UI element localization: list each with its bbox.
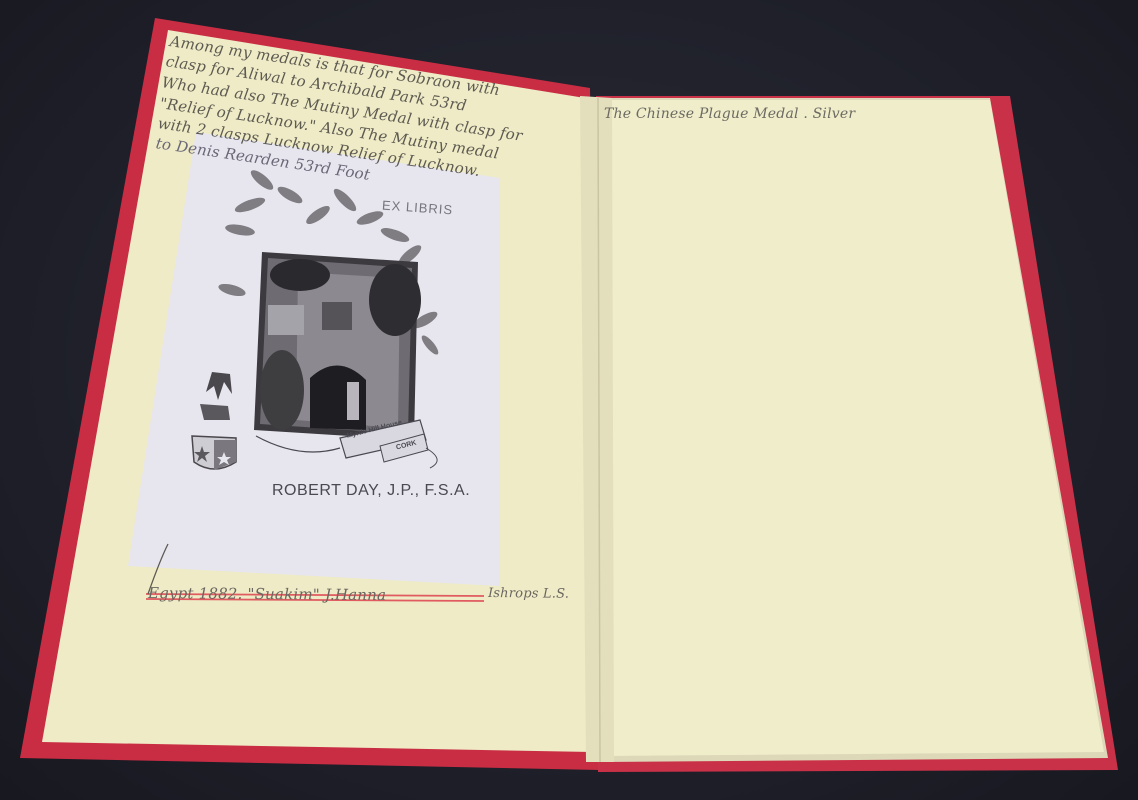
struck-note-remaining: Ishrops L.S. bbox=[488, 586, 569, 602]
struck-note-text: Egypt 1882. "Suakim" J.Hanna bbox=[148, 584, 386, 604]
right-page-note: The Chinese Plague Medal . Silver bbox=[604, 106, 855, 122]
bookplate-owner-name: ROBERT DAY, J.P., F.S.A. bbox=[272, 482, 470, 500]
right-flyleaf bbox=[598, 100, 1104, 756]
